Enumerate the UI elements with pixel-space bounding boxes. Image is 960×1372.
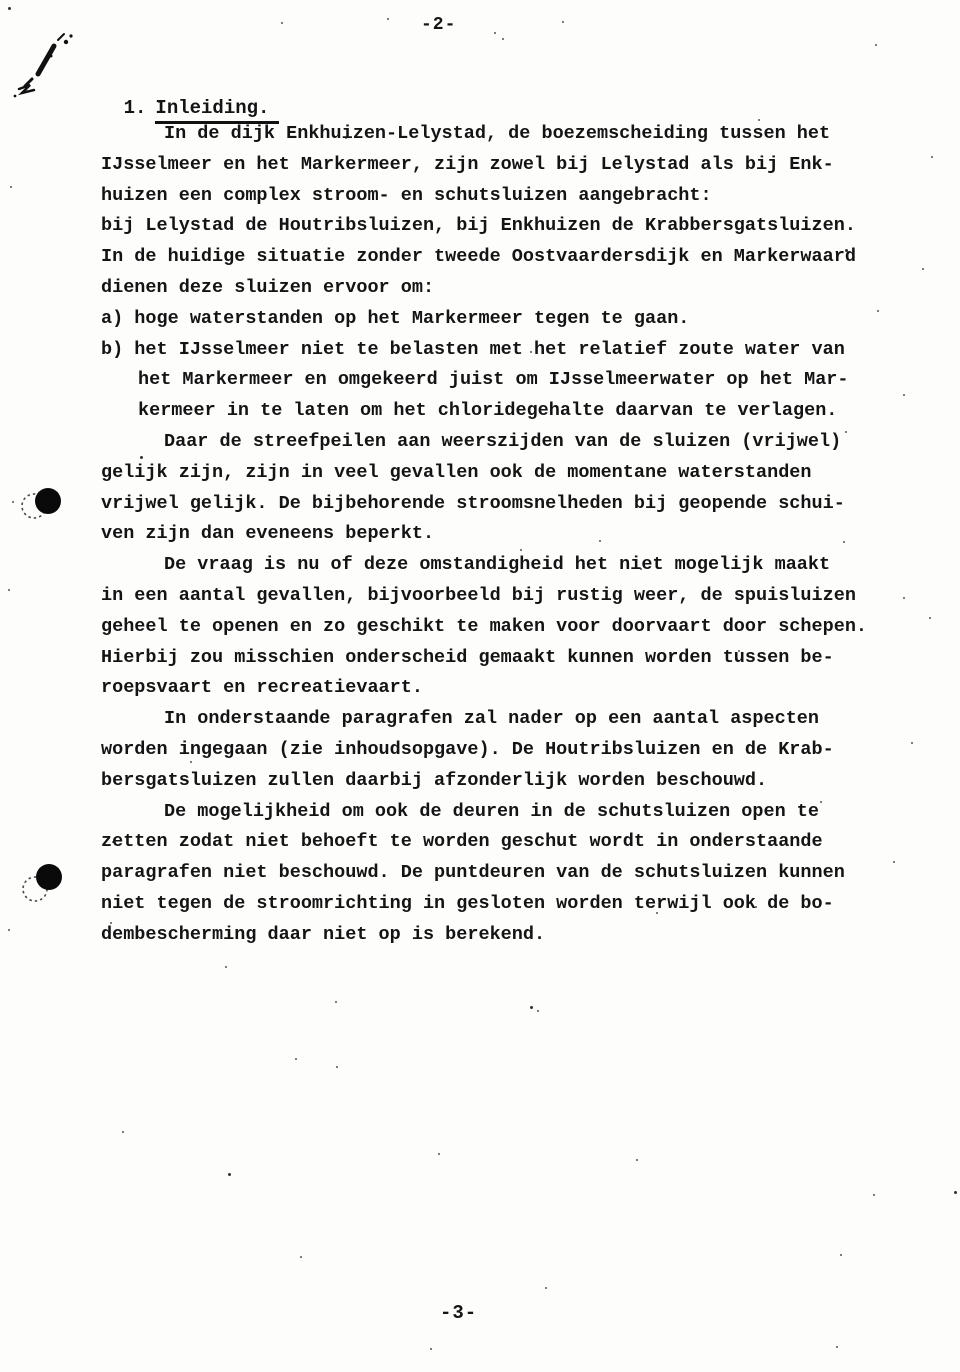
noise-speck <box>438 1153 440 1155</box>
hole-punch-mark-lower <box>20 860 68 906</box>
body-line: dienen deze sluizen ervoor om: <box>101 273 901 304</box>
noise-speck <box>12 501 14 503</box>
body-line: b) het IJsselmeer niet te belasten met h… <box>101 335 901 366</box>
noise-speck <box>190 761 192 763</box>
page-number-top: -2- <box>421 15 456 35</box>
body-line: dembescherming daar niet op is berekend. <box>101 920 901 951</box>
noise-speck <box>873 1194 875 1196</box>
noise-speck <box>758 119 760 121</box>
body-line: De vraag is nu of deze omstandigheid het… <box>101 550 901 581</box>
noise-speck <box>893 861 895 863</box>
noise-speck <box>295 1058 297 1060</box>
page-number-bottom: -3- <box>440 1302 477 1324</box>
noise-speck <box>112 841 114 843</box>
noise-speck <box>836 1346 838 1348</box>
body-line: Daar de streefpeilen aan weerszijden van… <box>101 427 901 458</box>
noise-speck <box>562 21 564 23</box>
noise-speck <box>228 1173 231 1176</box>
noise-speck <box>8 589 10 591</box>
noise-speck <box>8 929 10 931</box>
noise-speck <box>530 351 532 353</box>
body-line: in een aantal gevallen, bijvoorbeeld bij… <box>101 581 901 612</box>
noise-speck <box>903 597 905 599</box>
body-line: niet tegen de stroomrichting in gesloten… <box>101 889 901 920</box>
noise-speck <box>520 549 522 551</box>
noise-speck <box>158 101 160 103</box>
body-line: Hierbij zou misschien onderscheid gemaak… <box>101 643 901 674</box>
noise-speck <box>877 310 879 312</box>
noise-speck <box>502 38 504 40</box>
noise-speck <box>545 1287 547 1289</box>
noise-speck <box>845 431 847 433</box>
noise-speck <box>903 394 905 396</box>
noise-speck <box>931 156 933 158</box>
noise-speck <box>738 650 740 652</box>
body-line: roepsvaart en recreatievaart. <box>101 673 901 704</box>
noise-speck <box>494 32 496 34</box>
noise-speck <box>10 186 12 188</box>
body-line: IJsselmeer en het Markermeer, zijn zowel… <box>101 150 901 181</box>
noise-speck <box>911 742 913 744</box>
noise-speck <box>636 1159 638 1161</box>
section-number: 1. <box>124 97 147 119</box>
noise-speck <box>840 1254 842 1256</box>
noise-speck <box>656 912 658 914</box>
body-line: vrijwel gelijk. De bijbehorende stroomsn… <box>101 489 901 520</box>
noise-speck <box>530 1006 533 1009</box>
noise-speck <box>387 18 389 20</box>
body-line: bersgatsluizen zullen daarbij afzonderli… <box>101 766 901 797</box>
body-line: bij Lelystad de Houtribsluizen, bij Enkh… <box>101 211 901 242</box>
body-line: De mogelijkheid om ook de deuren in de s… <box>101 797 901 828</box>
body-line: huizen een complex stroom- en schutsluiz… <box>101 181 901 212</box>
body-line: zetten zodat niet behoeft te worden gesc… <box>101 827 901 858</box>
body-text: In de dijk Enkhuizen-Lelystad, de boezem… <box>101 119 901 951</box>
noise-speck <box>336 1066 338 1068</box>
scanned-document-page: -2- 1.Inleiding. In de dijk Enkhuizen-Le… <box>0 0 960 1372</box>
noise-speck <box>345 137 347 139</box>
noise-speck <box>929 617 931 619</box>
noise-speck <box>335 1001 337 1003</box>
noise-speck <box>875 44 877 46</box>
noise-speck <box>110 922 112 924</box>
noise-speck <box>300 1256 302 1258</box>
noise-speck <box>845 249 848 252</box>
body-line: ven zijn dan eveneens beperkt. <box>101 519 901 550</box>
body-line: geheel te openen en zo geschikt te maken… <box>101 612 901 643</box>
body-line: het Markermeer en omgekeerd juist om IJs… <box>101 365 901 396</box>
hole-punch-mark-upper <box>18 485 66 525</box>
body-line: paragrafen niet beschouwd. De puntdeuren… <box>101 858 901 889</box>
body-line: kermeer in te laten om het chloridegehal… <box>101 396 901 427</box>
noise-speck <box>281 22 283 24</box>
noise-speck <box>658 836 660 838</box>
noise-speck <box>954 1191 957 1194</box>
noise-speck <box>599 540 601 542</box>
body-line: In de dijk Enkhuizen-Lelystad, de boezem… <box>101 119 901 150</box>
noise-speck <box>537 1010 539 1012</box>
noise-speck <box>640 568 642 570</box>
noise-speck <box>843 541 845 543</box>
noise-speck <box>430 1348 432 1350</box>
body-line: In de huidige situatie zonder tweede Oos… <box>101 242 901 273</box>
noise-speck <box>122 1131 124 1133</box>
body-line: worden ingegaan (zie inhoudsopgave). De … <box>101 735 901 766</box>
noise-speck <box>755 906 757 908</box>
body-line: In onderstaande paragrafen zal nader op … <box>101 704 901 735</box>
body-line: a) hoge waterstanden op het Markermeer t… <box>101 304 901 335</box>
noise-speck <box>820 801 822 803</box>
noise-speck <box>140 456 143 459</box>
noise-speck <box>225 966 227 968</box>
noise-speck <box>8 7 11 10</box>
noise-speck <box>922 268 924 270</box>
body-line: gelijk zijn, zijn in veel gevallen ook d… <box>101 458 901 489</box>
